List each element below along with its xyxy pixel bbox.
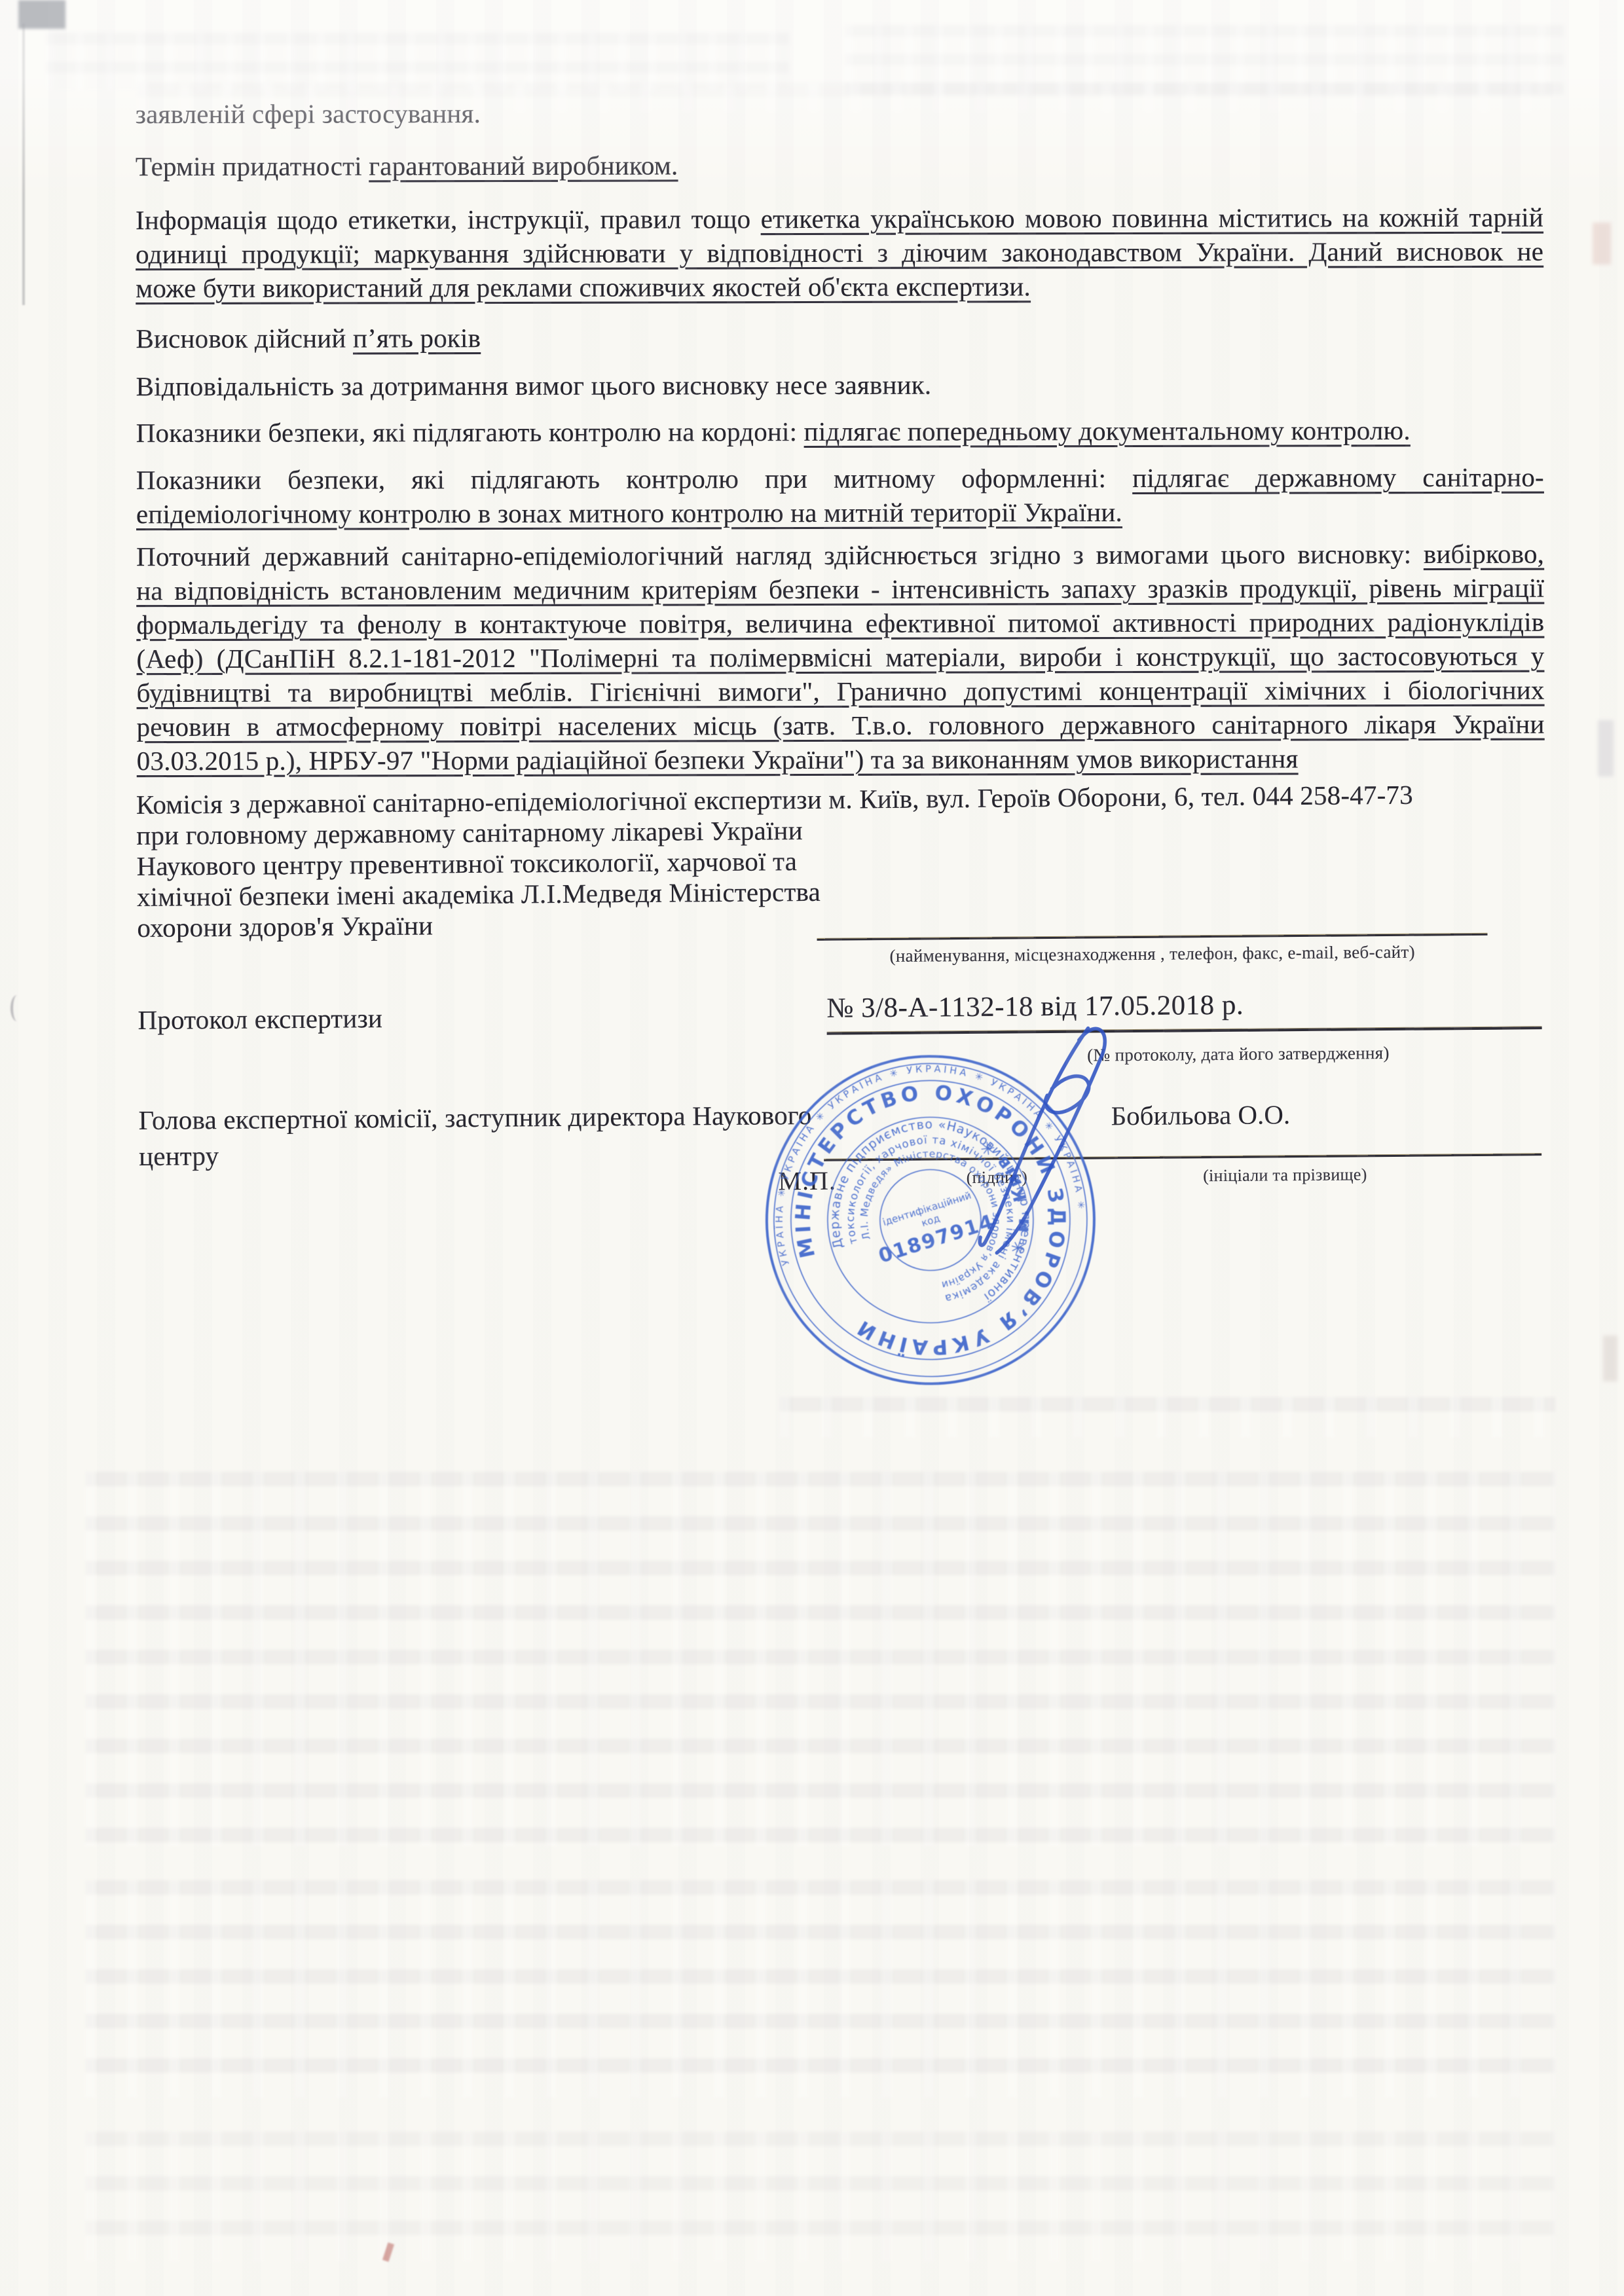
approver-role: Голова експертної комісії, заступник дир… [138, 1097, 859, 1175]
document-approval-section: Комісія з державної санітарно-епідеміоло… [0, 0, 1624, 2296]
commission-text: охорони здоров'я України [137, 910, 433, 943]
commission-text: при головному державному санітарному лік… [136, 815, 803, 850]
approver-role-line: центру [139, 1133, 859, 1175]
protocol-label: Протокол експертизи [138, 999, 661, 1037]
scanned-document-page: заявленій сфері застосування. Термін при… [0, 0, 1624, 2296]
commission-text: Наукового центру превентивної токсиколог… [136, 846, 797, 881]
commission-address-block: Комісія з державної санітарно-епідеміоло… [136, 778, 1545, 943]
approver-role-text: центру [139, 1140, 219, 1171]
approver-role-text: Голова експертної комісії, заступник дир… [138, 1100, 811, 1135]
name-caption: (ініціали та прізвище) [1154, 1165, 1416, 1186]
commission-text: хімічної безпеки імені академіка Л.І.Мед… [137, 877, 821, 912]
handwritten-signature [913, 1008, 1158, 1272]
approver-role-line: Голова експертної комісії, заступник дир… [138, 1097, 858, 1139]
protocol-label-text: Протокол експертизи [138, 1003, 382, 1035]
org-name-caption: (найменування, місцезнаходження , телефо… [817, 941, 1488, 967]
